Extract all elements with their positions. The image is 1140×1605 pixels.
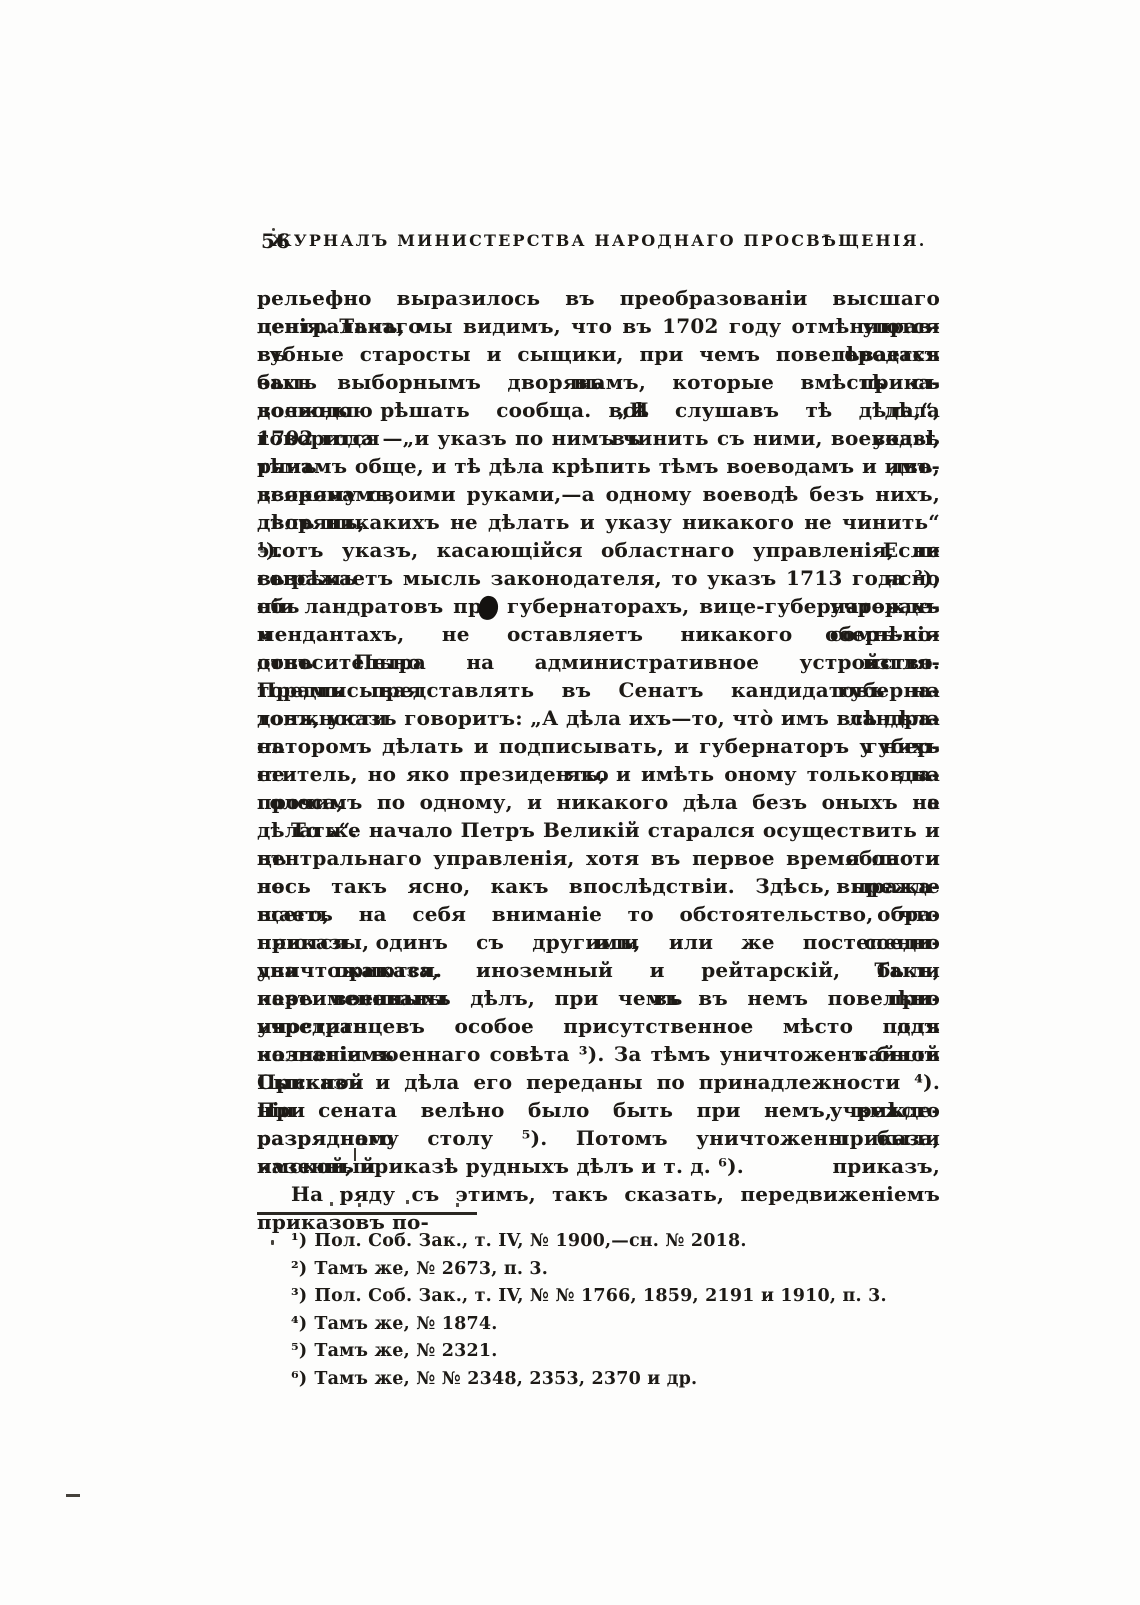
text-line: коллегіи военнаго совѣта ³). За тѣмъ уни… xyxy=(257,1040,940,1068)
text-line: няются одинъ съ другимъ, или же постепен… xyxy=(257,928,940,956)
footnote-item: ⁶)Тамъ же, № № 2348, 2353, 2370 и др. xyxy=(257,1366,940,1394)
footnote-text: Тамъ же, № 2673, п. 3. xyxy=(314,1259,548,1279)
text-line: прочимъ по одному, и никакого дѣла безъ … xyxy=(257,788,940,816)
text-line: разрядному столу ⁵). Потомъ уничтожены б… xyxy=(257,1124,940,1152)
text-line: два приказа, иноземный и рейтарскій, был… xyxy=(257,956,940,984)
text-line: ститель, но яко президентъ, и имѣть оном… xyxy=(257,760,940,788)
scan-speck-dot xyxy=(271,1240,274,1245)
footnote-item: ¹)Пол. Соб. Зак., т. IV, № 1900,—сн. № 2… xyxy=(257,1228,940,1256)
text-line: товъ, указъ говоритъ: „А дѣла ихъ—то, чт… xyxy=(257,704,940,732)
body-text: рельефно выразилось въ преобразованіи вы… xyxy=(257,284,940,1208)
footnote-marker: ²) xyxy=(291,1259,307,1279)
scan-speck-dots xyxy=(330,1202,333,1206)
text-line: На ряду съ этимъ, такъ сказать, передвиж… xyxy=(257,1180,940,1208)
text-line: должны рѣшать сообща. „И слушавъ тѣ дѣла… xyxy=(257,396,940,424)
text-line: центральнаго управленія, хотя въ первое … xyxy=(257,844,940,872)
text-line: ніи сената велѣно было быть при немъ, вм… xyxy=(257,1096,940,1124)
footnote-marker: ¹) xyxy=(291,1231,307,1251)
paragraph: рельефно выразилось въ преобразованіи вы… xyxy=(257,284,940,816)
text-line: наторомъ дѣлать и подписывать, и губерна… xyxy=(257,732,940,760)
journal-title: ЖУРНАЛЪ МИНИСТЕРСТВА НАРОДНАГО ПРОСВѢЩЕН… xyxy=(270,231,926,250)
footnote-text: Тамъ же, № 1874. xyxy=(314,1314,497,1334)
scanned-journal-page: 56 ЖУРНАЛЪ МИНИСТЕРСТВА НАРОДНАГО ПРОСВѢ… xyxy=(0,0,1140,1605)
text-line: мендантахъ, не оставляетъ никакого сомнѣ… xyxy=(257,620,940,648)
footnote-item: ⁵)Тамъ же, № 2321. xyxy=(257,1338,940,1366)
text-line: лось такъ ясно, какъ впослѣдствіи. Здѣсь… xyxy=(257,872,940,900)
footnote-text: Тамъ же, № 2321. xyxy=(314,1341,497,1361)
footnote-item: ⁴)Тамъ же, № 1874. xyxy=(257,1311,940,1339)
text-line: казъ военныхъ дѣлъ, при чемъ въ немъ пов… xyxy=(257,984,940,1012)
footnote-text: Пол. Соб. Зак., т. IV, № 1900,—сн. № 201… xyxy=(314,1231,746,1251)
footnote-text: Тамъ же, № № 2348, 2353, 2370 и др. xyxy=(314,1369,697,1389)
paragraph: На ряду съ этимъ, такъ сказать, передвиж… xyxy=(257,1180,940,1208)
text-line: ленія. Такъ, мы видимъ, что въ 1702 году… xyxy=(257,312,940,340)
footnote-item: ²)Тамъ же, № 2673, п. 3. xyxy=(257,1256,940,1284)
text-line: выражаетъ мысль законодателя, то указъ 1… xyxy=(257,564,940,592)
paragraph: То же начало Петръ Великій старался осущ… xyxy=(257,816,940,1180)
scan-speck-dot xyxy=(272,228,275,231)
text-line: щаетъ на себя вниманіе то обстоятельство… xyxy=(257,900,940,928)
text-line: всякому своими руками,—а одному воеводѣ … xyxy=(257,480,940,508)
running-header: 56 ЖУРНАЛЪ МИНИСТЕРСТВА НАРОДНАГО ПРОСВѢ… xyxy=(257,231,940,250)
text-line: Приказъ и дѣла его переданы по принадлеж… xyxy=(257,1068,940,1096)
footnote-marker: ⁶) xyxy=(291,1369,307,1389)
text-line: дѣлъ никакихъ не дѣлать и указу никакого… xyxy=(257,508,940,536)
footnote-item: ³)Пол. Соб. Зак., т. IV, № № 1766, 1859,… xyxy=(257,1283,940,1311)
footnote-text: Пол. Соб. Зак., т. IV, № № 1766, 1859, 2… xyxy=(314,1286,886,1306)
footnote-marker: ³) xyxy=(291,1286,307,1306)
text-line: захъ выборнымъ дворянамъ, которые вмѣстѣ… xyxy=(257,368,940,396)
text-line: довъ Петра на административное устройств… xyxy=(257,648,940,676)
text-line: ніи ландратовъ при губернаторахъ, вице-г… xyxy=(257,592,940,620)
text-line: То же начало Петръ Великій старался осущ… xyxy=(257,816,940,844)
footnote-separator-rule xyxy=(257,1212,477,1215)
footnote-marker: ⁵) xyxy=(291,1341,307,1361)
text-line: 1702 года —„и указъ по нимъ чинить съ ни… xyxy=(257,424,940,452)
page-number: 56 xyxy=(261,229,291,253)
margin-dash-artifact xyxy=(66,1494,80,1497)
footnote-marker: ⁴) xyxy=(291,1314,307,1334)
text-line: рянамъ обще, и тѣ дѣла крѣпить тѣмъ воев… xyxy=(257,452,940,480)
footnotes: ¹)Пол. Соб. Зак., т. IV, № 1900,—сн. № 2… xyxy=(257,1228,940,1393)
text-line: иностранцевъ особое присутственное мѣсто… xyxy=(257,1012,940,1040)
text-line: торамъ представлять въ Сенатъ кандидатов… xyxy=(257,676,940,704)
text-line: этотъ указъ, касающійся областнаго управ… xyxy=(257,536,940,564)
scan-speck-bar xyxy=(354,1148,356,1161)
text-line: губные старосты и сыщики, при чемъ повел… xyxy=(257,340,940,368)
text-line: рельефно выразилось въ преобразованіи вы… xyxy=(257,284,940,312)
